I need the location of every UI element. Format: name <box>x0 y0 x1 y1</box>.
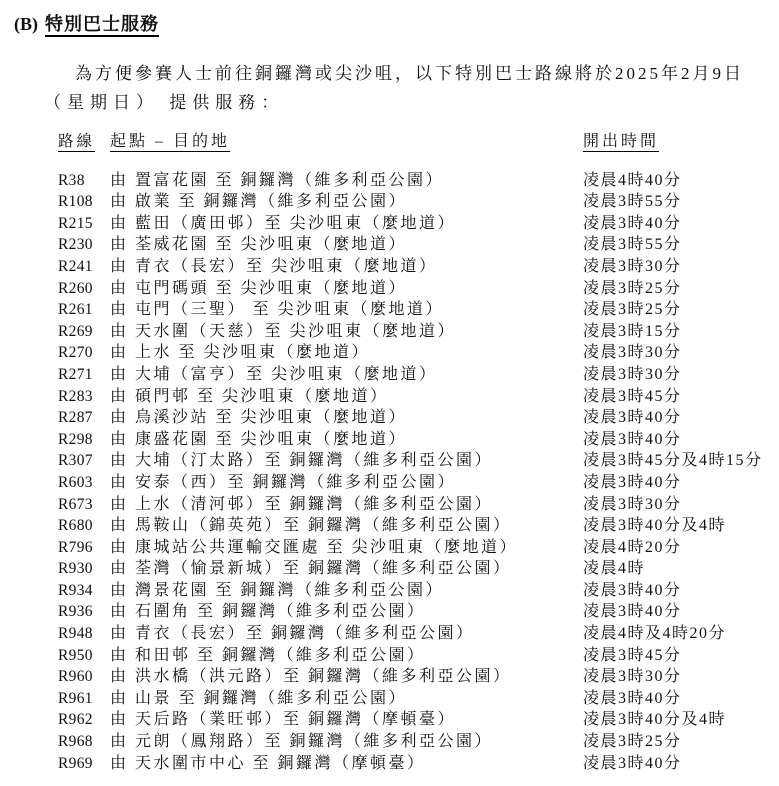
route-description: 由 青衣（長宏）至 銅鑼灣（維多利亞公園） <box>110 623 583 645</box>
departure-time: 凌晨3時30分 <box>583 342 769 364</box>
departure-time: 凌晨3時25分 <box>583 278 769 300</box>
route-number: R796 <box>58 537 110 559</box>
departure-time: 凌晨3時55分 <box>583 234 769 256</box>
table-row: R269 由 天水圍（天慈）至 尖沙咀東（麼地道） 凌晨3時15分 <box>58 321 769 343</box>
departure-time: 凌晨4時20分 <box>583 537 769 559</box>
table-row: R215 由 藍田（廣田邨）至 尖沙咀東（麼地道） 凌晨3時40分 <box>58 213 769 235</box>
table-row: R936 由 石圍角 至 銅鑼灣（維多利亞公園） 凌晨3時40分 <box>58 601 769 623</box>
route-number: R230 <box>58 234 110 256</box>
route-description: 由 石圍角 至 銅鑼灣（維多利亞公園） <box>110 601 583 623</box>
departure-time: 凌晨3時45分 <box>583 386 769 408</box>
column-header-departure: 開出時間 <box>583 133 659 152</box>
table-row: R969 由 天水圍市中心 至 銅鑼灣（摩頓臺） 凌晨3時40分 <box>58 753 769 775</box>
route-number: R936 <box>58 601 110 623</box>
route-number: R241 <box>58 256 110 278</box>
table-row: R260 由 屯門碼頭 至 尖沙咀東（麼地道） 凌晨3時25分 <box>58 278 769 300</box>
departure-time: 凌晨3時30分 <box>583 666 769 688</box>
table-row: R796 由 康城站公共運輸交匯處 至 尖沙咀東（麼地道） 凌晨4時20分 <box>58 537 769 559</box>
table-row: R960 由 洪水橋（洪元路）至 銅鑼灣（維多利亞公園） 凌晨3時30分 <box>58 666 769 688</box>
route-description: 由 洪水橋（洪元路）至 銅鑼灣（維多利亞公園） <box>110 666 583 688</box>
route-number: R260 <box>58 278 110 300</box>
route-number: R269 <box>58 321 110 343</box>
route-description: 由 大埔（富亨）至 尖沙咀東（麼地道） <box>110 364 583 386</box>
table-row: R961 由 山景 至 銅鑼灣（維多利亞公園） 凌晨3時40分 <box>58 688 769 710</box>
route-number: R298 <box>58 429 110 451</box>
route-description: 由 荃威花園 至 尖沙咀東（麼地道） <box>110 234 583 256</box>
route-number: R307 <box>58 450 110 472</box>
departure-time: 凌晨3時25分 <box>583 731 769 753</box>
column-header-origin-destination: 起點 – 目的地 <box>110 133 230 152</box>
table-row: R307 由 大埔（汀太路）至 銅鑼灣（維多利亞公園） 凌晨3時45分及4時15… <box>58 450 769 472</box>
route-number: R38 <box>58 170 110 192</box>
departure-time: 凌晨3時30分 <box>583 364 769 386</box>
route-number: R968 <box>58 731 110 753</box>
route-number: R930 <box>58 558 110 580</box>
table-row: R930 由 荃灣（愉景新城）至 銅鑼灣（維多利亞公園） 凌晨4時 <box>58 558 769 580</box>
table-row: R241 由 青衣（長宏）至 尖沙咀東（麼地道） 凌晨3時30分 <box>58 256 769 278</box>
route-description: 由 啟業 至 銅鑼灣（維多利亞公園） <box>110 191 583 213</box>
route-description: 由 上水（清河邨）至 銅鑼灣（維多利亞公園） <box>110 494 583 516</box>
departure-time: 凌晨3時40分 <box>583 429 769 451</box>
departure-time: 凌晨3時30分 <box>583 494 769 516</box>
table-body: R38 由 置富花園 至 銅鑼灣（維多利亞公園） 凌晨4時40分 R108 由 … <box>58 170 769 775</box>
departure-time: 凌晨3時40分 <box>583 688 769 710</box>
table-row: R287 由 烏溪沙站 至 尖沙咀東（麼地道） 凌晨3時40分 <box>58 407 769 429</box>
departure-time: 凌晨3時40分 <box>583 407 769 429</box>
route-number: R215 <box>58 213 110 235</box>
document-page: (B)特別巴士服務 為方便參賽人士前往銅鑼灣或尖沙咀，以下特別巴士路線將於202… <box>0 0 779 786</box>
route-description: 由 山景 至 銅鑼灣（維多利亞公園） <box>110 688 583 710</box>
departure-time: 凌晨3時40分 <box>583 213 769 235</box>
route-description: 由 荃灣（愉景新城）至 銅鑼灣（維多利亞公園） <box>110 558 583 580</box>
route-description: 由 大埔（汀太路）至 銅鑼灣（維多利亞公園） <box>110 450 583 472</box>
route-number: R287 <box>58 407 110 429</box>
column-header-route: 路線 <box>58 133 95 152</box>
table-row: R38 由 置富花園 至 銅鑼灣（維多利亞公園） 凌晨4時40分 <box>58 170 769 192</box>
table-row: R673 由 上水（清河邨）至 銅鑼灣（維多利亞公園） 凌晨3時30分 <box>58 494 769 516</box>
intro-line-2: （星期日） 提供服務： <box>44 88 749 117</box>
route-description: 由 灣景花園 至 銅鑼灣（維多利亞公園） <box>110 580 583 602</box>
table-row: R968 由 元朗（鳳翔路）至 銅鑼灣（維多利亞公園） 凌晨3時25分 <box>58 731 769 753</box>
route-number: R680 <box>58 515 110 537</box>
table-row: R950 由 和田邨 至 銅鑼灣（維多利亞公園） 凌晨3時45分 <box>58 645 769 667</box>
intro-line-1: 為方便參賽人士前往銅鑼灣或尖沙咀，以下特別巴士路線將於2025年2月9日 <box>44 59 749 88</box>
route-description: 由 屯門碼頭 至 尖沙咀東（麼地道） <box>110 278 583 300</box>
route-number: R969 <box>58 753 110 775</box>
route-description: 由 天水圍市中心 至 銅鑼灣（摩頓臺） <box>110 753 583 775</box>
route-number: R283 <box>58 386 110 408</box>
route-description: 由 安泰（西）至 銅鑼灣（維多利亞公園） <box>110 472 583 494</box>
route-number: R271 <box>58 364 110 386</box>
route-description: 由 青衣（長宏）至 尖沙咀東（麼地道） <box>110 256 583 278</box>
route-description: 由 置富花園 至 銅鑼灣（維多利亞公園） <box>110 170 583 192</box>
route-description: 由 康城站公共運輸交匯處 至 尖沙咀東（麼地道） <box>110 537 583 559</box>
route-description: 由 天水圍（天慈）至 尖沙咀東（麼地道） <box>110 321 583 343</box>
route-description: 由 烏溪沙站 至 尖沙咀東（麼地道） <box>110 407 583 429</box>
route-description: 由 康盛花園 至 尖沙咀東（麼地道） <box>110 429 583 451</box>
route-number: R962 <box>58 709 110 731</box>
route-number: R960 <box>58 666 110 688</box>
route-number: R261 <box>58 299 110 321</box>
departure-time: 凌晨4時40分 <box>583 170 769 192</box>
route-description: 由 屯門（三聖） 至 尖沙咀東（麼地道） <box>110 299 583 321</box>
route-description: 由 元朗（鳳翔路）至 銅鑼灣（維多利亞公園） <box>110 731 583 753</box>
route-number: R934 <box>58 580 110 602</box>
route-number: R673 <box>58 494 110 516</box>
route-number: R603 <box>58 472 110 494</box>
departure-time: 凌晨3時30分 <box>583 256 769 278</box>
route-description: 由 和田邨 至 銅鑼灣（維多利亞公園） <box>110 645 583 667</box>
route-number: R108 <box>58 191 110 213</box>
section-heading: (B)特別巴士服務 <box>0 12 779 37</box>
route-description: 由 天后路（業旺邨）至 銅鑼灣（摩頓臺） <box>110 709 583 731</box>
bus-route-table: 路線 起點 – 目的地 開出時間 R38 由 置富花園 至 銅鑼灣（維多利亞公園… <box>58 131 769 774</box>
departure-time: 凌晨3時25分 <box>583 299 769 321</box>
table-row: R270 由 上水 至 尖沙咀東（麼地道） 凌晨3時30分 <box>58 342 769 364</box>
departure-time: 凌晨3時15分 <box>583 321 769 343</box>
section-title: 特別巴士服務 <box>45 14 159 37</box>
departure-time: 凌晨3時40分 <box>583 753 769 775</box>
intro-paragraph: 為方便參賽人士前往銅鑼灣或尖沙咀，以下特別巴士路線將於2025年2月9日 （星期… <box>44 59 749 117</box>
departure-time: 凌晨3時40分及4時 <box>583 709 769 731</box>
table-row: R934 由 灣景花園 至 銅鑼灣（維多利亞公園） 凌晨3時40分 <box>58 580 769 602</box>
route-description: 由 馬鞍山（錦英苑）至 銅鑼灣（維多利亞公園） <box>110 515 583 537</box>
departure-time: 凌晨3時40分 <box>583 601 769 623</box>
departure-time: 凌晨3時40分及4時 <box>583 515 769 537</box>
table-row: R230 由 荃威花園 至 尖沙咀東（麼地道） 凌晨3時55分 <box>58 234 769 256</box>
departure-time: 凌晨3時45分及4時15分 <box>583 450 769 472</box>
route-number: R950 <box>58 645 110 667</box>
table-row: R261 由 屯門（三聖） 至 尖沙咀東（麼地道） 凌晨3時25分 <box>58 299 769 321</box>
table-row: R108 由 啟業 至 銅鑼灣（維多利亞公園） 凌晨3時55分 <box>58 191 769 213</box>
table-row: R271 由 大埔（富亨）至 尖沙咀東（麼地道） 凌晨3時30分 <box>58 364 769 386</box>
departure-time: 凌晨3時40分 <box>583 472 769 494</box>
table-row: R680 由 馬鞍山（錦英苑）至 銅鑼灣（維多利亞公園） 凌晨3時40分及4時 <box>58 515 769 537</box>
departure-time: 凌晨4時及4時20分 <box>583 623 769 645</box>
table-row: R298 由 康盛花園 至 尖沙咀東（麼地道） 凌晨3時40分 <box>58 429 769 451</box>
route-number: R270 <box>58 342 110 364</box>
section-label: (B) <box>14 14 38 34</box>
route-description: 由 藍田（廣田邨）至 尖沙咀東（麼地道） <box>110 213 583 235</box>
table-row: R962 由 天后路（業旺邨）至 銅鑼灣（摩頓臺） 凌晨3時40分及4時 <box>58 709 769 731</box>
table-row: R603 由 安泰（西）至 銅鑼灣（維多利亞公園） 凌晨3時40分 <box>58 472 769 494</box>
departure-time: 凌晨3時55分 <box>583 191 769 213</box>
departure-time: 凌晨4時 <box>583 558 769 580</box>
departure-time: 凌晨3時45分 <box>583 645 769 667</box>
route-description: 由 上水 至 尖沙咀東（麼地道） <box>110 342 583 364</box>
table-row: R948 由 青衣（長宏）至 銅鑼灣（維多利亞公園） 凌晨4時及4時20分 <box>58 623 769 645</box>
table-header-row: 路線 起點 – 目的地 開出時間 <box>58 131 769 153</box>
route-number: R948 <box>58 623 110 645</box>
departure-time: 凌晨3時40分 <box>583 580 769 602</box>
table-row: R283 由 碩門邨 至 尖沙咀東（麼地道） 凌晨3時45分 <box>58 386 769 408</box>
route-number: R961 <box>58 688 110 710</box>
route-description: 由 碩門邨 至 尖沙咀東（麼地道） <box>110 386 583 408</box>
